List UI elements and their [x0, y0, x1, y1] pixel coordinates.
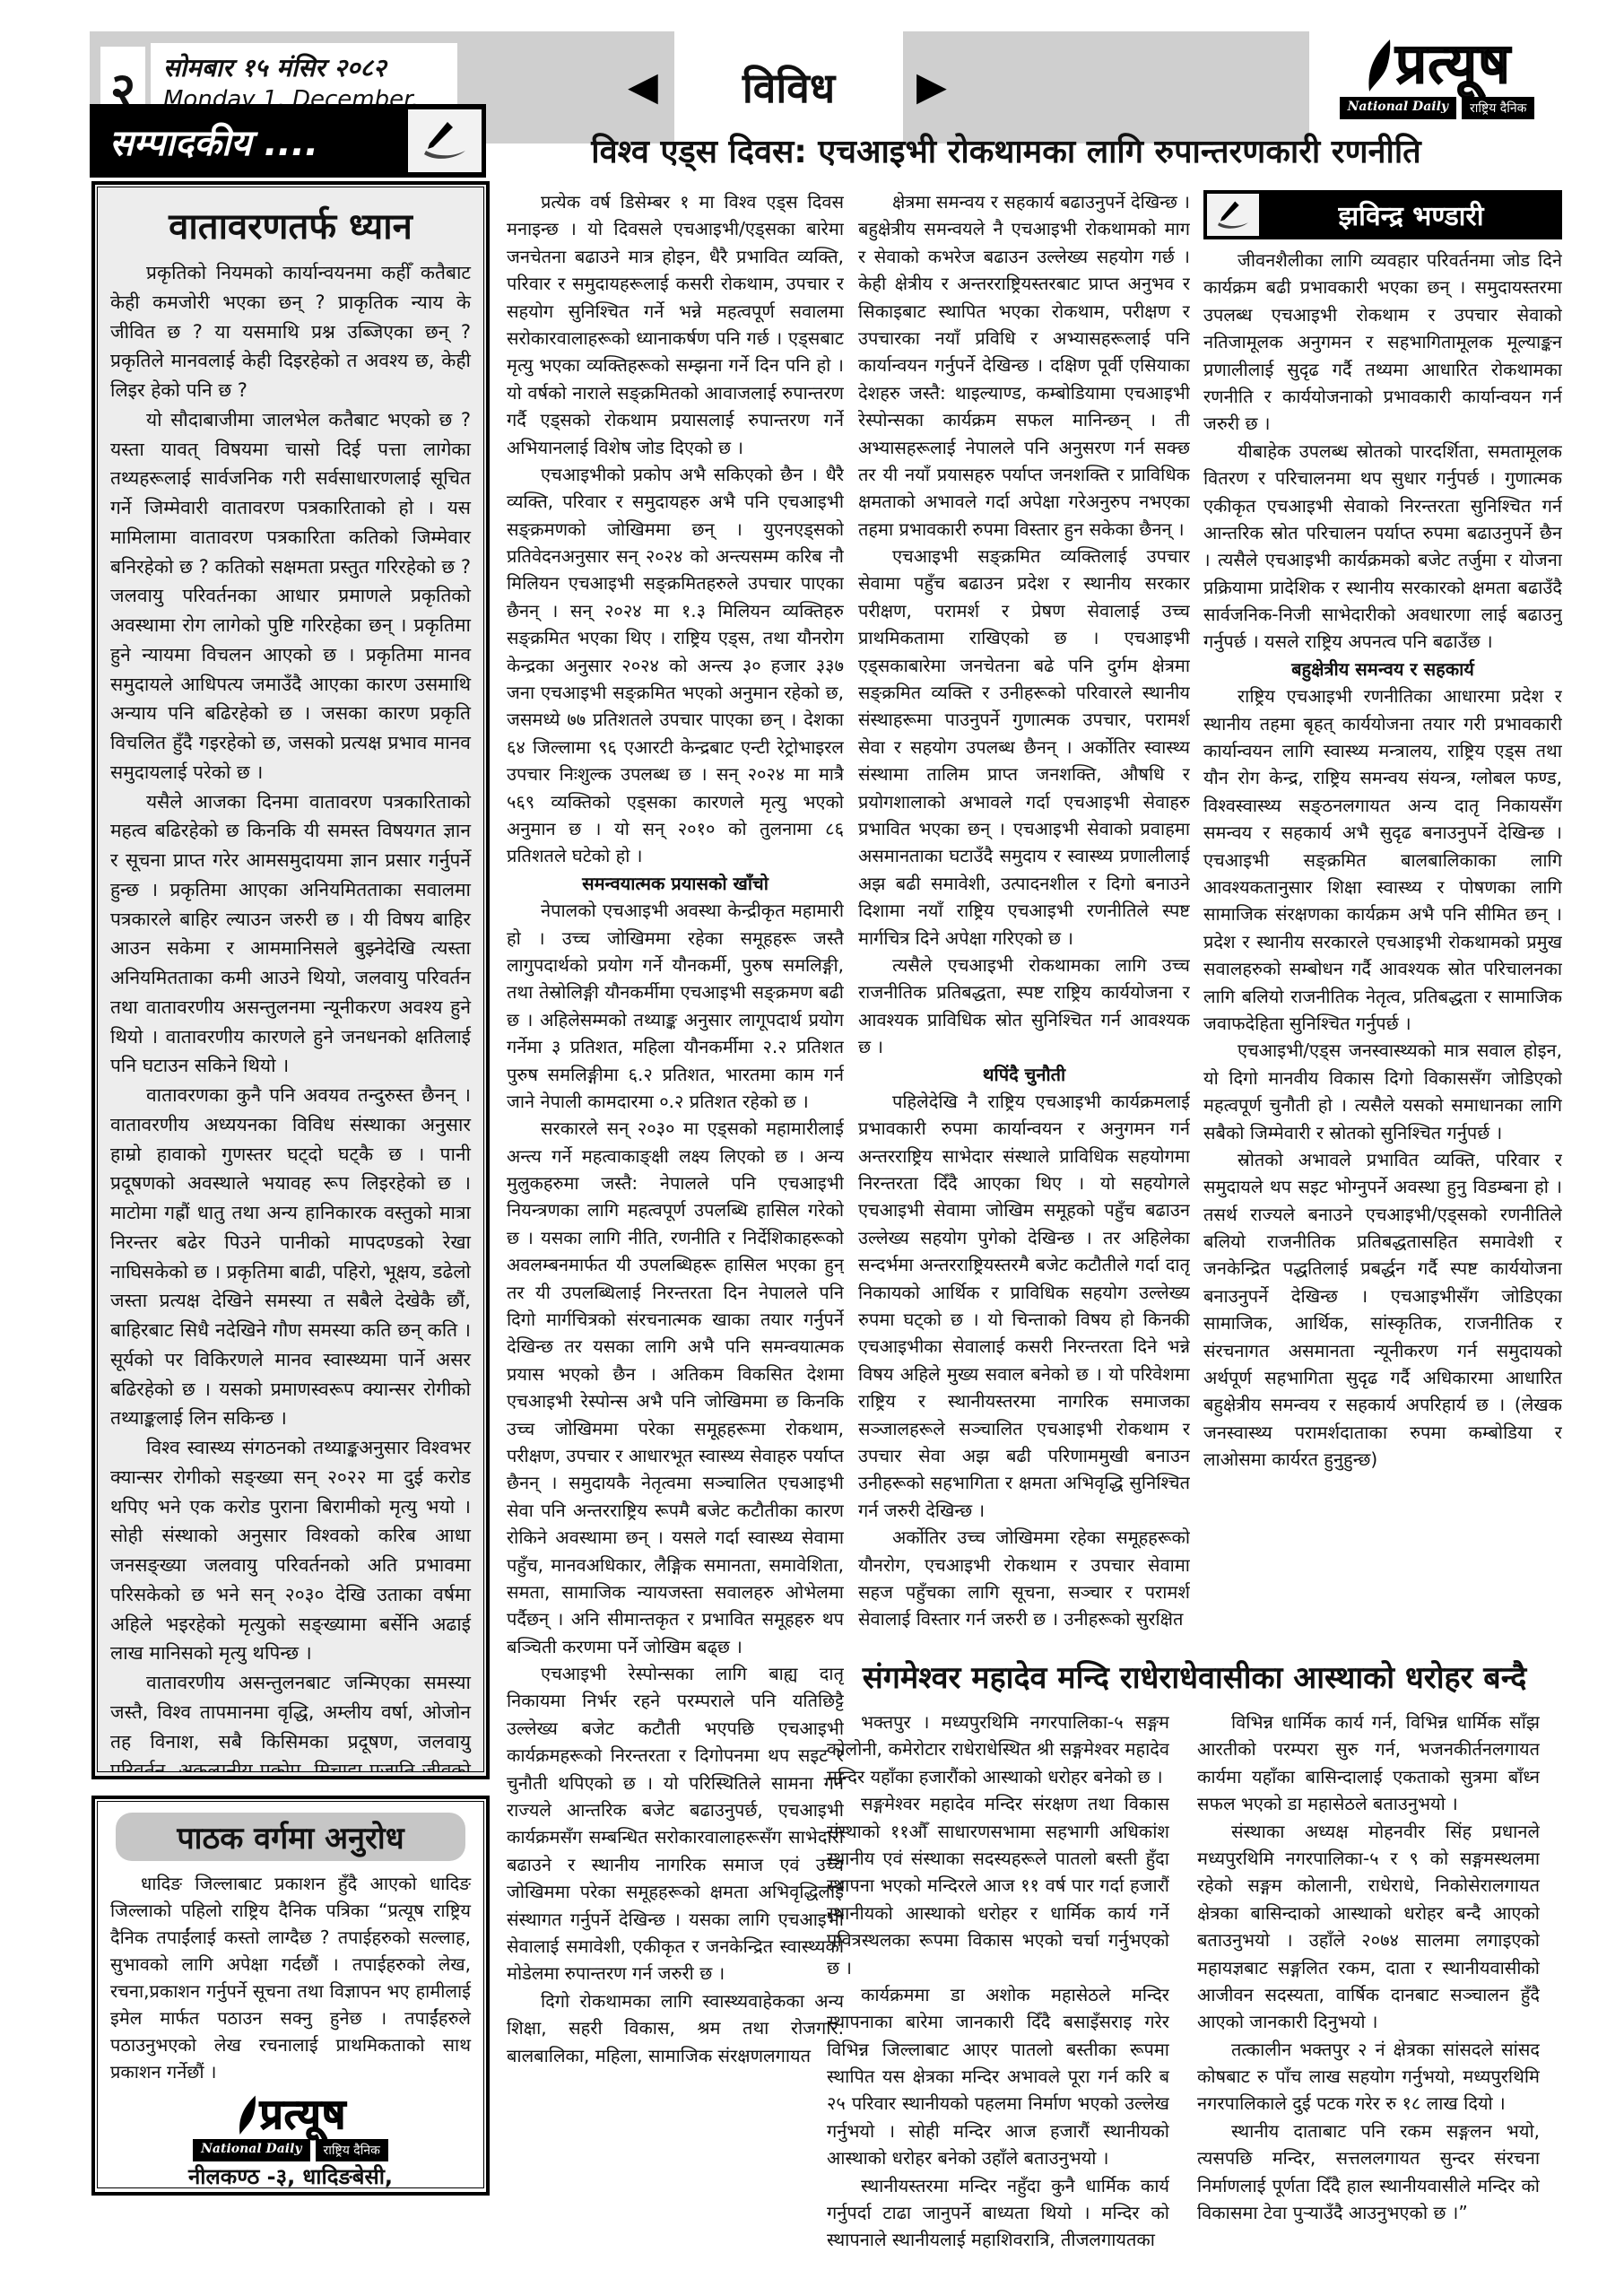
editorial-box: वातावरणतर्फ ध्यान प्रकृतिको नियमको कार्य…: [91, 181, 490, 1779]
article-paragraph: पहिलेदेखि नै राष्ट्रिय एचआइभी कार्यक्रमल…: [858, 1088, 1190, 1524]
article-paragraph: भक्तपुर । मध्यपुरथिमि नगरपालिका-५ सङ्गम …: [827, 1709, 1169, 1790]
reader-box-title: पाठक वर्गमा अनुरोध: [116, 1813, 465, 1861]
article-paragraph: सरकारले सन् २०३० मा एड्सको महामारीलाई अन…: [507, 1115, 844, 1660]
article-paragraph: स्थानीय दाताबाट पनि रकम सङ्गलन भयो, त्यस…: [1197, 2118, 1540, 2227]
article-paragraph: स्रोतको अभावले प्रभावित व्यक्ति, परिवार …: [1203, 1146, 1562, 1474]
article-paragraph: एचआइभी सङ्क्रमित व्यक्तिलाई उपचार सेवामा…: [858, 543, 1190, 952]
logo-tag-english: National Daily: [1340, 97, 1456, 119]
section-title: विविध: [674, 27, 903, 147]
author-name: झविन्द्र भण्डारी: [1260, 196, 1562, 233]
logo-tag-nepali: राष्ट्रिय दैनिक: [316, 2139, 388, 2161]
second-article-column-1: भक्तपुर । मध्यपुरथिमि नगरपालिका-५ सङ्गम …: [827, 1709, 1169, 2283]
second-article-headline: संगमेश्वर महादेव मन्दि राधेराधेवासीका आस…: [827, 1656, 1562, 1697]
logo-wordmark: प्रत्यूष: [1395, 34, 1511, 92]
article-paragraph: एचआइभी रेस्पोन्सका लागि बाह्य दातृ निकाय…: [507, 1660, 844, 1987]
article-paragraph: एचआइभीको प्रकोप अभै सकिएको छैन । धैरै व्…: [507, 461, 844, 870]
main-article-column-1: प्रत्येक वर्ष डिसेम्बर १ मा विश्व एड्स द…: [507, 188, 844, 2283]
article-paragraph: सङ्गमेश्वर महादेव मन्दिर संरक्षण तथा विक…: [827, 1790, 1169, 1981]
reader-request-box: पाठक वर्गमा अनुरोध धादिङ जिल्लाबाट प्रका…: [91, 1796, 490, 2196]
flame-icon: [235, 2094, 258, 2137]
article-paragraph: विभिन्न धार्मिक कार्य गर्न, विभिन्न धार्…: [1197, 1709, 1540, 1818]
article-paragraph: राष्ट्रिय एचआइभी रणनीतिका आधारमा प्रदेश …: [1203, 683, 1562, 1037]
nav-right-triangle-icon: ▶: [916, 67, 947, 107]
publisher-address: नीलकण्ठ -३, धादिङबेसी,: [110, 2161, 471, 2188]
second-article-column-2: विभिन्न धार्मिक कार्य गर्न, विभिन्न धार्…: [1197, 1709, 1540, 2283]
article-paragraph: यो सौदाबाजीमा जालभेल कतैबाट भएको छ ? यस्…: [110, 405, 471, 787]
article-paragraph: कार्यक्रममा डा अशोक महासेठले मन्दिर स्था…: [827, 1981, 1169, 2172]
article-paragraph: जीवनशैलीका लागि व्यवहार परिवर्तनमा जोड द…: [1203, 247, 1562, 438]
main-article-column-3: जीवनशैलीका लागि व्यवहार परिवर्तनमा जोड द…: [1203, 247, 1562, 1646]
article-paragraph: विश्व स्वास्थ्य संगठनको तथ्याङ्कअनुसार व…: [110, 1433, 471, 1668]
main-article-headline: विश्व एड्स दिवस: एचआइभी रोकथामका लागि रु…: [447, 133, 1566, 171]
article-paragraph: प्रकृतिको नियमको कार्यान्वयनमा कहीँ कतैब…: [110, 258, 471, 405]
article-paragraph: वातावरणका कुनै पनि अवयव तन्दुरुस्त छैनन्…: [110, 1081, 471, 1433]
flame-icon: [1363, 38, 1394, 95]
editorial-banner-label: सम्पादकीय ....: [109, 117, 407, 166]
article-paragraph: वातावरणीय असन्तुलनबाट जन्मिएका समस्या जस…: [110, 1668, 471, 1772]
editorial-banner: सम्पादकीय ....: [90, 104, 486, 178]
article-paragraph: तत्कालीन भक्तपुर २ नं क्षेत्रका सांसदले …: [1197, 2036, 1540, 2118]
editorial-title: वातावरणतर्फ ध्यान: [110, 200, 471, 249]
logo-tag-english: National Daily: [193, 2139, 309, 2161]
logo-tag-nepali: राष्ट्रिय दैनिक: [1462, 97, 1534, 119]
article-paragraph: यसैले आजका दिनमा वातावरण पत्रकारिताको मह…: [110, 787, 471, 1082]
article-paragraph: प्रत्येक वर्ष डिसेम्बर १ मा विश्व एड्स द…: [507, 188, 844, 461]
logo-wordmark: प्रत्यूष: [260, 2092, 347, 2135]
pen-icon: [1206, 193, 1260, 237]
newspaper-logo: प्रत्यूष National Daily राष्ट्रिय दैनिक: [110, 2092, 471, 2161]
article-paragraph: स्थानीयस्तरमा मन्दिर नहुँदा कुनै धार्मिक…: [827, 2172, 1169, 2254]
date-nepali: सोमबार १५ मंसिर २०८२: [163, 50, 445, 85]
article-paragraph: यीबाहेक उपलब्ध स्रोतको पारदर्शिता, समताम…: [1203, 438, 1562, 656]
author-byline-box: झविन्द्र भण्डारी: [1203, 190, 1562, 239]
article-paragraph: अर्कोतिर उच्च जोखिममा रहेका समूहहरूको यौ…: [858, 1524, 1190, 1633]
article-paragraph: क्षेत्रमा समन्वय र सहकार्य बढाउनुपर्ने द…: [858, 188, 1190, 543]
article-paragraph: त्यसैले एचआइभी रोकथामका लागि उच्च राजनीत…: [858, 952, 1190, 1061]
article-paragraph: नेपालको एचआइभी अवस्था केन्द्रीकृत महामार…: [507, 897, 844, 1115]
column-subhead: थपिंदै चुनौती: [858, 1061, 1190, 1088]
nav-left-triangle-icon: ◀: [628, 67, 658, 107]
main-article-column-2: क्षेत्रमा समन्वय र सहकार्य बढाउनुपर्ने द…: [858, 188, 1190, 1646]
article-paragraph: एचआइभी/एड्स जनस्वास्थ्यको मात्र सवाल होइ…: [1203, 1037, 1562, 1146]
article-paragraph: दिगो रोकथामका लागि स्वास्थ्यवाहेकका अन्य…: [507, 1987, 844, 2069]
column-subhead: बहुक्षेत्रीय समन्वय र सहकार्य: [1203, 656, 1562, 683]
editorial-body: प्रकृतिको नियमको कार्यान्वयनमा कहीँ कतैब…: [110, 258, 471, 1772]
newspaper-logo: प्रत्यूष National Daily राष्ट्रिय दैनिक: [1309, 32, 1565, 147]
column-subhead: समन्वयात्मक प्रयासको खाँचो: [507, 870, 844, 897]
reader-box-body: धादिङ जिल्लाबाट प्रकाशन हुँदै आएको धादिङ…: [110, 1870, 471, 2085]
article-paragraph: संस्थाका अध्यक्ष मोहनवीर सिंह प्रधानले म…: [1197, 1818, 1540, 2036]
